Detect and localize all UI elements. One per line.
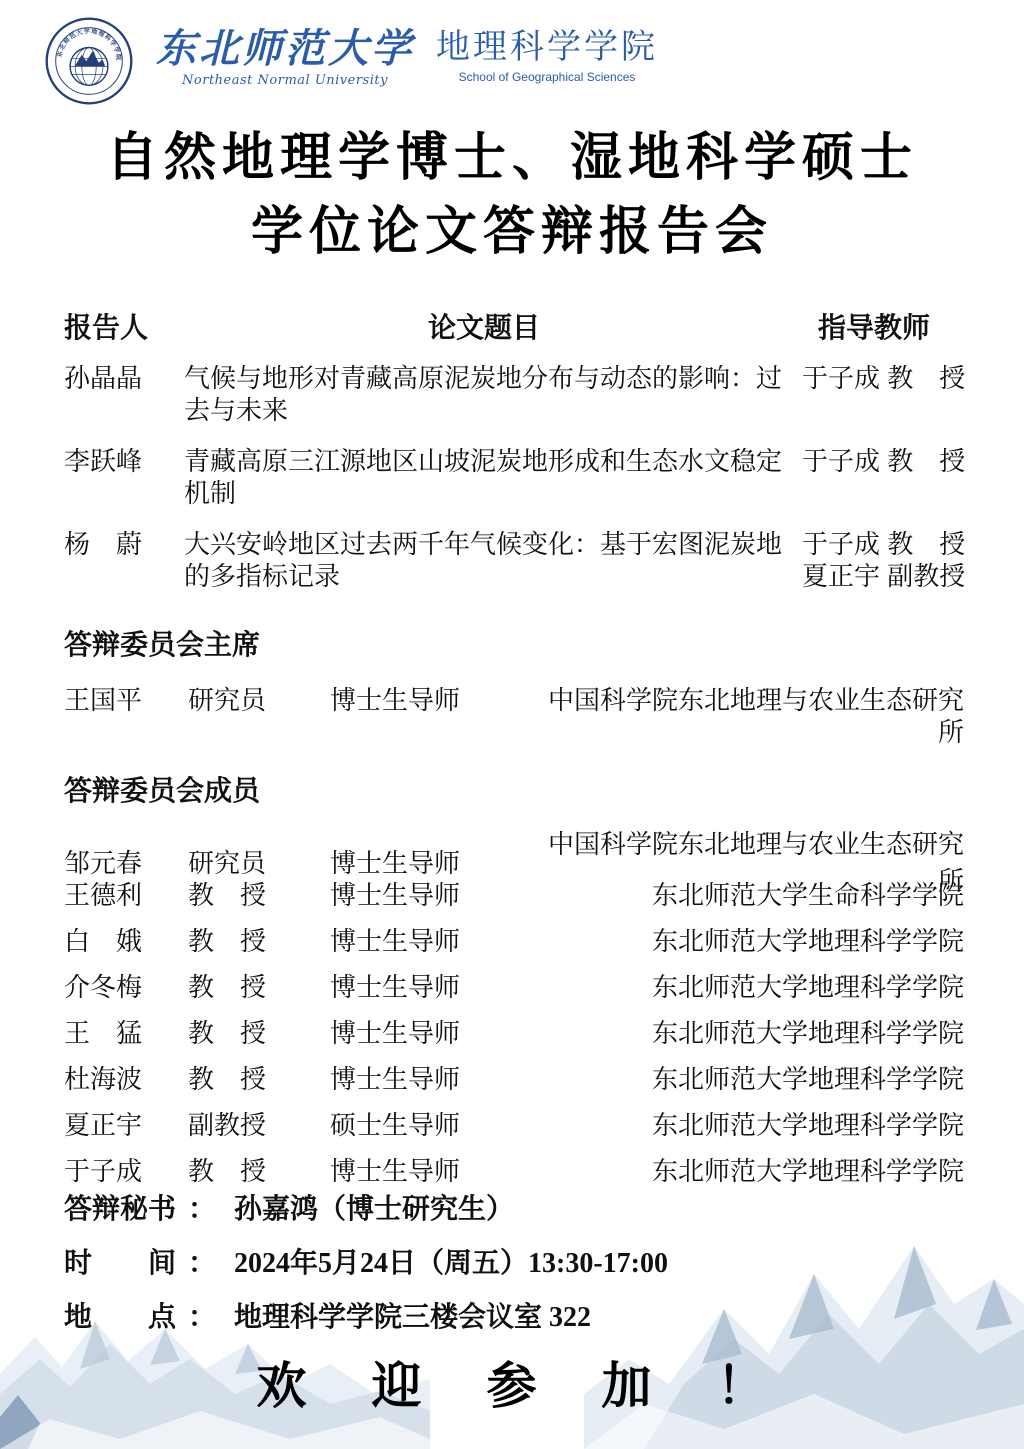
member-name: 王国平 (64, 684, 188, 748)
member-row: 白 娥 教 授 博士生导师 东北师范大学地理科学学院 (64, 916, 964, 962)
defense-announcement-poster: 东北师范大学地理科学学院 东北师范大学 Northeast Normal Uni… (0, 0, 1024, 1449)
member-role: 硕士生导师 (330, 1105, 540, 1142)
poster-title-line2: 学位论文答辩报告会 (0, 196, 1024, 270)
member-role: 博士生导师 (330, 1013, 540, 1050)
member-name: 夏正宇 (64, 1105, 188, 1142)
secretary-row: 答辩秘书 ： 孙嘉鸿（博士研究生） (64, 1192, 668, 1226)
venue-label: 地 点 (64, 1300, 176, 1333)
member-affiliation: 东北师范大学生命科学学院 (540, 875, 964, 912)
table-row: 杨 蔚 大兴安岭地区过去两千年气候变化：基于宏图泥炭地的多指标记录 于子成 教 … (64, 528, 964, 592)
advisor-name-2: 夏正宇 副教授 (802, 560, 964, 592)
presenter-name: 杨 蔚 (64, 528, 184, 592)
venue-row: 地 点 ： 地理科学学院三楼会议室 322 (64, 1300, 668, 1334)
venue-value: 地理科学学院三楼会议室 322 (234, 1301, 591, 1334)
school-name-block: 地理科学学院 School of Geographical Sciences (436, 28, 658, 84)
member-name: 于子成 (64, 1151, 188, 1188)
school-name-en: School of Geographical Sciences (459, 70, 636, 84)
member-role: 博士生导师 (330, 1151, 540, 1188)
poster-title: 自然地理学博士、湿地科学硕士 学位论文答辩报告会 (0, 122, 1024, 270)
colon: ： (188, 1246, 216, 1279)
logistics-section: 答辩秘书 ： 孙嘉鸿（博士研究生） 时 间 ： 2024年5月24日（周五）13… (64, 1192, 668, 1354)
member-row: 夏正宇 副教授 硕士生导师 东北师范大学地理科学学院 (64, 1100, 964, 1146)
member-name: 介冬梅 (64, 967, 188, 1004)
member-rank: 教 授 (188, 1059, 330, 1096)
member-rank: 研究员 (188, 684, 330, 748)
committee-section: 答辩委员会主席 王国平 研究员 博士生导师 中国科学院东北地理与农业生态研究所 … (64, 628, 964, 1192)
col-header-thesis: 论文题目 (184, 306, 784, 346)
table-row: 孙晶晶 气候与地形对青藏高原泥炭地分布与动态的影响：过去与未来 于子成 教 授 (64, 362, 964, 426)
thesis-title: 青藏高原三江源地区山坡泥炭地形成和生态水文稳定机制 (184, 445, 784, 509)
colon: ： (188, 1192, 216, 1225)
university-name-cn: 东北师范大学 (156, 26, 414, 72)
member-affiliation: 东北师范大学地理科学学院 (540, 921, 964, 958)
advisor-cell: 于子成 教 授 夏正宇 副教授 (784, 528, 964, 592)
advisor-name: 于子成 教 授 (802, 362, 964, 394)
member-name: 王 猛 (64, 1013, 188, 1050)
advisor-name: 于子成 教 授 (802, 445, 964, 477)
member-name: 王德利 (64, 875, 188, 912)
member-rank: 教 授 (188, 967, 330, 1004)
presenter-name: 孙晶晶 (64, 362, 184, 426)
member-role: 博士生导师 (330, 921, 540, 958)
member-affiliation: 东北师范大学地理科学学院 (540, 1013, 964, 1050)
colon: ： (188, 1300, 216, 1333)
member-affiliation: 东北师范大学地理科学学院 (540, 1059, 964, 1096)
presenter-name: 李跃峰 (64, 445, 184, 509)
chair-heading: 答辩委员会主席 (64, 628, 964, 662)
secretary-label: 答辩秘书 (64, 1192, 176, 1225)
member-row: 介冬梅 教 授 博士生导师 东北师范大学地理科学学院 (64, 962, 964, 1008)
member-row: 邹元春 研究员 博士生导师 中国科学院东北地理与农业生态研究所 (64, 824, 964, 870)
member-rank: 教 授 (188, 1013, 330, 1050)
member-affiliation: 东北师范大学地理科学学院 (540, 1105, 964, 1142)
time-row: 时 间 ： 2024年5月24日（周五）13:30-17:00 (64, 1246, 668, 1280)
member-rank: 教 授 (188, 875, 330, 912)
member-name: 白 娥 (64, 921, 188, 958)
members-heading: 答辩委员会成员 (64, 774, 964, 808)
member-rank: 教 授 (188, 921, 330, 958)
chair-row: 王国平 研究员 博士生导师 中国科学院东北地理与农业生态研究所 (64, 684, 964, 748)
member-row: 于子成 教 授 博士生导师 东北师范大学地理科学学院 (64, 1146, 964, 1192)
secretary-value: 孙嘉鸿（博士研究生） (234, 1193, 514, 1226)
thesis-title: 大兴安岭地区过去两千年气候变化：基于宏图泥炭地的多指标记录 (184, 528, 784, 592)
member-affiliation: 东北师范大学地理科学学院 (540, 967, 964, 1004)
col-header-advisor: 指导教师 (784, 306, 964, 346)
advisor-cell: 于子成 教 授 (784, 445, 964, 509)
member-role: 博士生导师 (330, 1059, 540, 1096)
thesis-table-header: 报告人 论文题目 指导教师 (64, 306, 964, 346)
advisor-cell: 于子成 教 授 (784, 362, 964, 426)
poster-title-line1: 自然地理学博士、湿地科学硕士 (0, 122, 1024, 196)
thesis-title: 气候与地形对青藏高原泥炭地分布与动态的影响：过去与未来 (184, 362, 784, 426)
thesis-table: 报告人 论文题目 指导教师 孙晶晶 气候与地形对青藏高原泥炭地分布与动态的影响：… (64, 306, 964, 611)
brand-header: 东北师范大学地理科学学院 东北师范大学 Northeast Normal Uni… (44, 16, 658, 106)
welcome-text: 欢迎参加！ (32, 1346, 1024, 1418)
member-rank: 教 授 (188, 1151, 330, 1188)
university-name-block: 东北师范大学 Northeast Normal University (156, 26, 414, 88)
member-rank: 副教授 (188, 1105, 330, 1142)
member-name: 杜海波 (64, 1059, 188, 1096)
member-row: 王 猛 教 授 博士生导师 东北师范大学地理科学学院 (64, 1008, 964, 1054)
university-name-en: Northeast Normal University (182, 73, 388, 88)
member-row: 王德利 教 授 博士生导师 东北师范大学生命科学学院 (64, 870, 964, 916)
members-list: 邹元春 研究员 博士生导师 中国科学院东北地理与农业生态研究所 王德利 教 授 … (64, 824, 964, 1192)
time-value: 2024年5月24日（周五）13:30-17:00 (234, 1247, 668, 1280)
member-row: 杜海波 教 授 博士生导师 东北师范大学地理科学学院 (64, 1054, 964, 1100)
col-header-presenter: 报告人 (64, 306, 184, 346)
member-role: 博士生导师 (330, 967, 540, 1004)
table-row: 李跃峰 青藏高原三江源地区山坡泥炭地形成和生态水文稳定机制 于子成 教 授 (64, 445, 964, 509)
advisor-name: 于子成 教 授 (802, 528, 964, 560)
member-affiliation: 东北师范大学地理科学学院 (540, 1151, 964, 1188)
school-name-cn: 地理科学学院 (436, 28, 658, 66)
member-affiliation: 中国科学院东北地理与农业生态研究所 (540, 684, 964, 748)
member-role: 博士生导师 (330, 684, 540, 748)
time-label: 时 间 (64, 1246, 176, 1279)
university-seal-icon: 东北师范大学地理科学学院 (44, 16, 134, 106)
member-role: 博士生导师 (330, 875, 540, 912)
